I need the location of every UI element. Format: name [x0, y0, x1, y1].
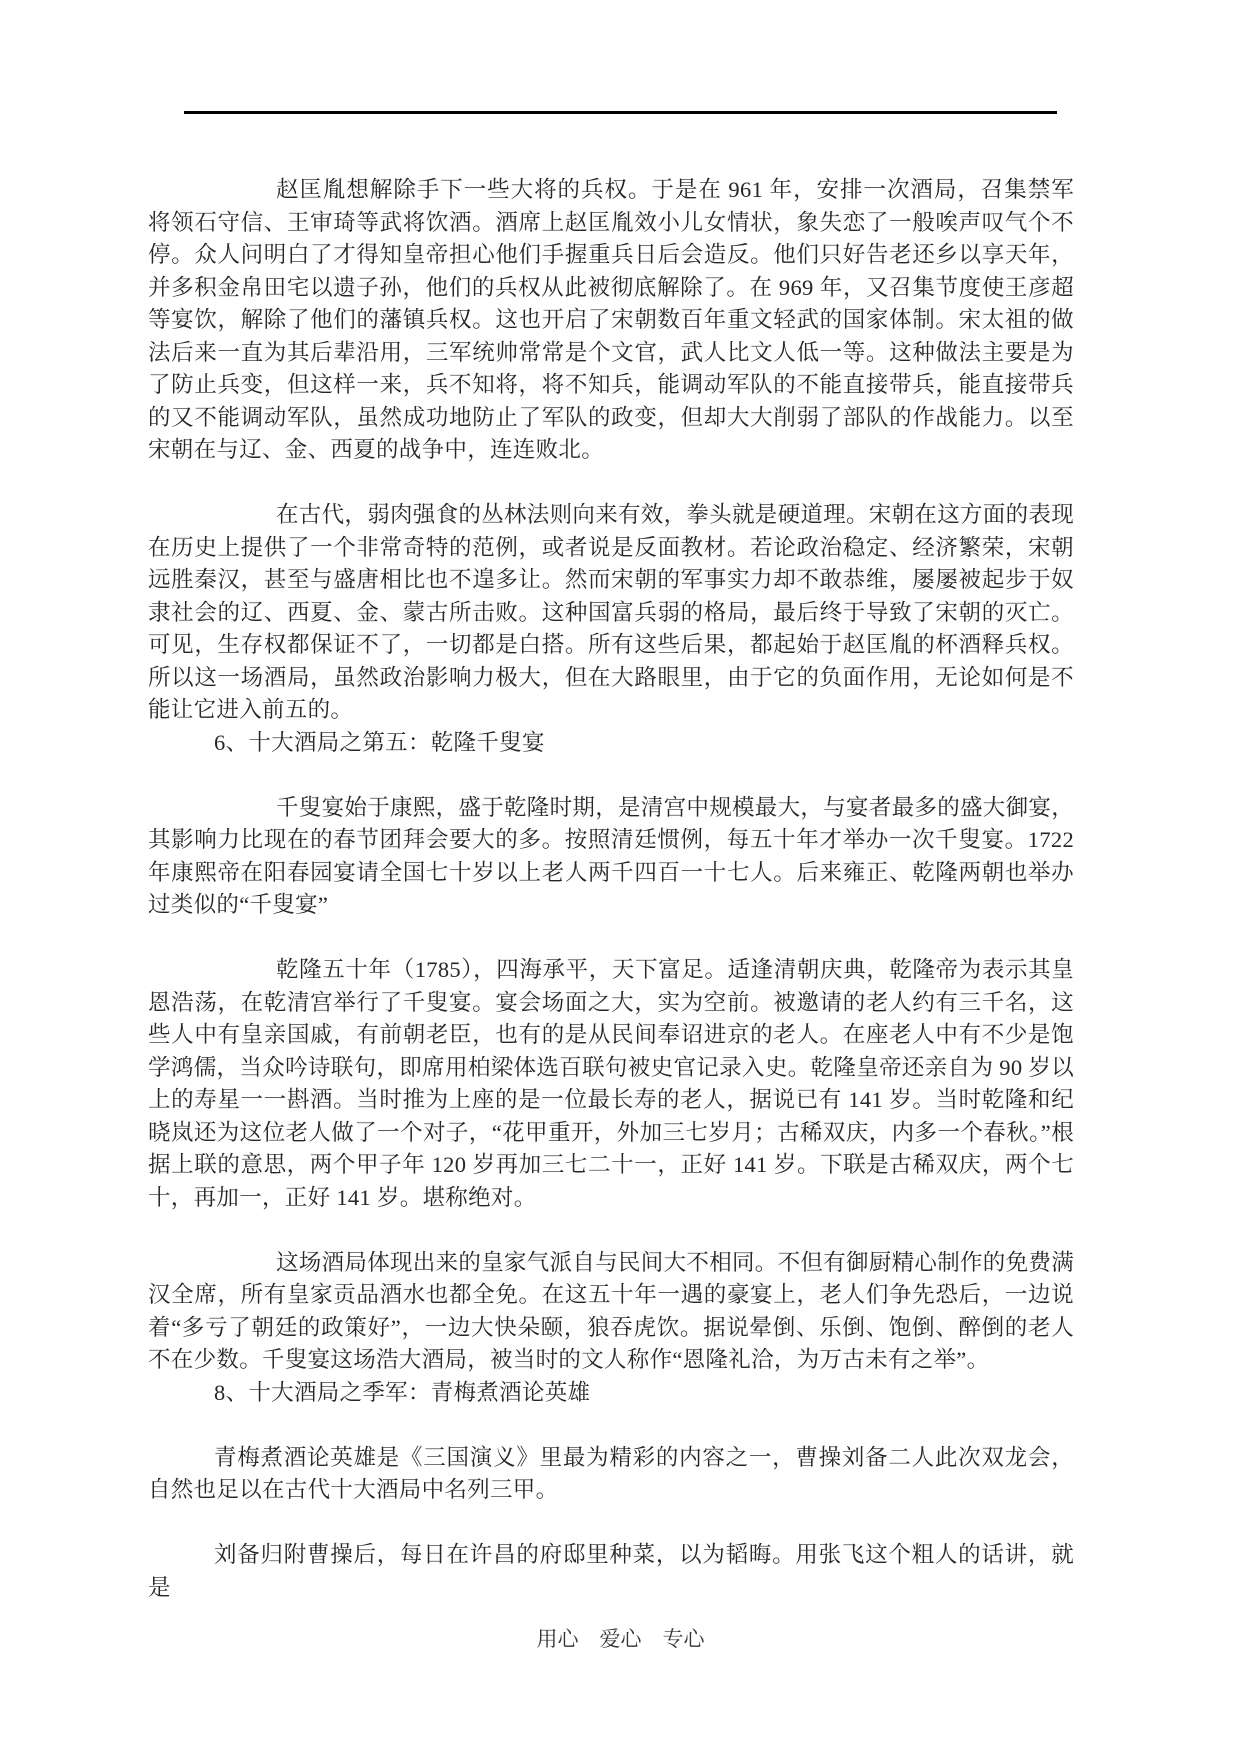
paragraph: 这场酒局体现出来的皇家气派自与民间大不相同。不但有御厨精心制作的免费满汉全席，所…: [148, 1247, 1074, 1377]
paragraph: 青梅煮酒论英雄是《三国演义》里最为精彩的内容之一，曹操刘备二人此次双龙会，自然也…: [148, 1442, 1074, 1507]
paragraph: 在古代，弱肉强食的丛林法则向来有效，拳头就是硬道理。宋朝在这方面的表现在历史上提…: [148, 499, 1074, 727]
paragraph: 刘备归附曹操后，每日在许昌的府邸里种菜，以为韬晦。用张飞这个粗人的话讲，就是: [148, 1539, 1074, 1604]
footer-text: 用心 爱心 专心: [537, 1627, 705, 1651]
paragraph: 乾隆五十年（1785），四海承平，天下富足。适逢清朝庆典，乾隆帝为表示其皇恩浩荡…: [148, 954, 1074, 1214]
paragraph: 千叟宴始于康熙，盛于乾隆时期，是清宫中规模最大，与宴者最多的盛大御宴，其影响力比…: [148, 792, 1074, 922]
paragraph: 赵匡胤想解除手下一些大将的兵权。于是在 961 年，安排一次酒局，召集禁军将领石…: [148, 174, 1074, 467]
section-heading: 6、十大酒局之第五：乾隆千叟宴: [148, 727, 1074, 760]
document-body: 赵匡胤想解除手下一些大将的兵权。于是在 961 年，安排一次酒局，召集禁军将领石…: [148, 174, 1074, 1604]
document-page: 赵匡胤想解除手下一些大将的兵权。于是在 961 年，安排一次酒局，召集禁军将领石…: [0, 0, 1241, 1754]
header-rule-divider: [184, 111, 1057, 114]
page-footer: 用心 爱心 专心: [0, 1625, 1241, 1653]
section-heading: 8、十大酒局之季军：青梅煮酒论英雄: [148, 1377, 1074, 1410]
